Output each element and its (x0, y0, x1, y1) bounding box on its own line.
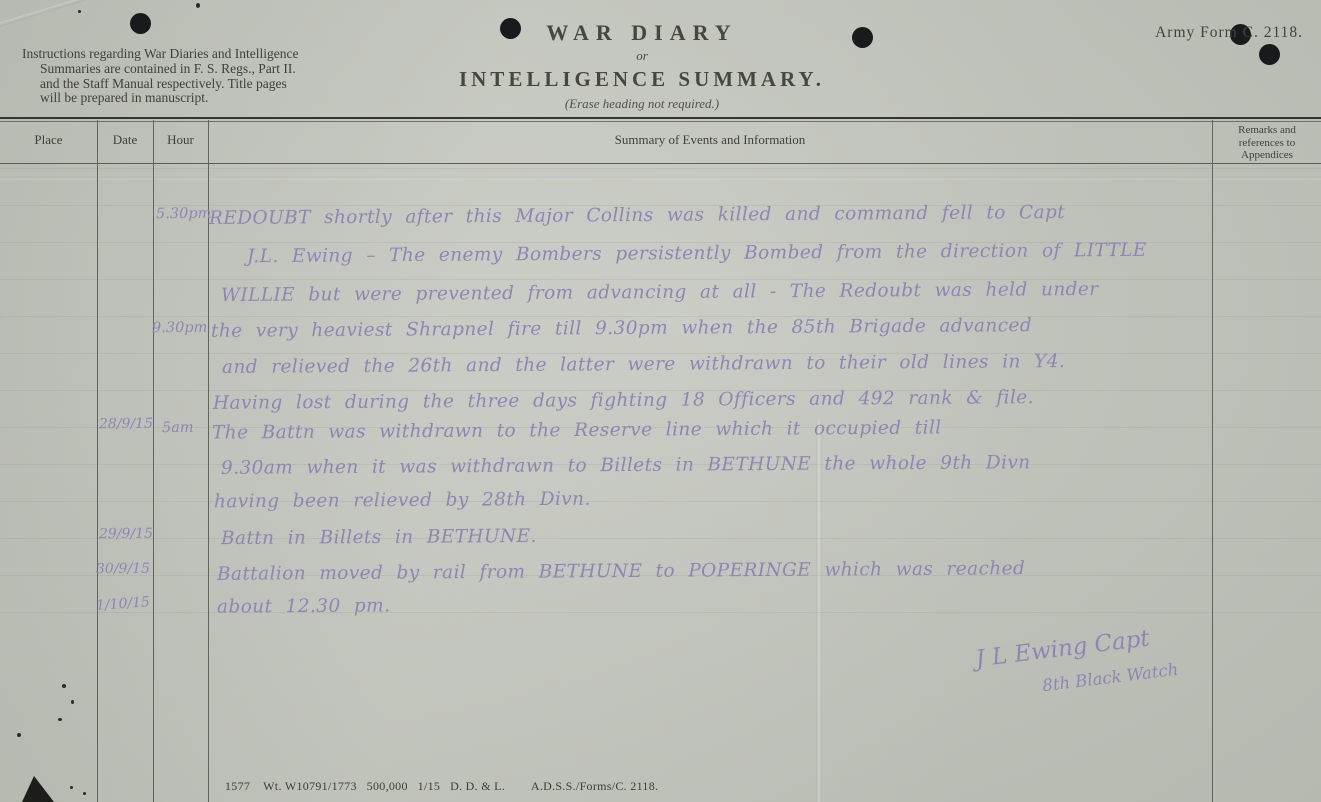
column-divider-summary-remarks (1212, 120, 1213, 802)
instructions-line: Instructions regarding War Diaries and I… (22, 47, 452, 62)
form-title: WAR DIARY (432, 20, 852, 46)
diary-entry-line: 9.30am when it was withdrawn to Billets … (221, 452, 1031, 479)
diary-entry-line: and relieved the 26th and the latter wer… (222, 351, 1065, 378)
punch-hole (130, 13, 151, 34)
diary-entry-line: the very heaviest Shrapnel fire till 9.3… (211, 315, 1032, 342)
signature-unit: 8th Black Watch (1041, 660, 1179, 696)
ink-speck (62, 684, 66, 688)
diary-entry-line: having been relieved by 28th Divn. (214, 489, 591, 513)
army-form-number: Army Form C. 2118. (1155, 24, 1303, 42)
diary-entry-line: Battalion moved by rail from BETHUNE to … (217, 558, 1025, 585)
form-title-block: WAR DIARY or INTELLIGENCE SUMMARY. (Eras… (432, 20, 852, 112)
diary-entry-line: REDOUBT shortly after this Major Collins… (209, 202, 1065, 229)
table-header-rule (0, 163, 1321, 164)
table-top-rule (0, 117, 1321, 119)
date-entry: 28/9/15 (99, 416, 153, 432)
ink-speck (196, 3, 200, 8)
ink-speck (83, 792, 86, 795)
form-title-note: (Erase heading not required.) (432, 96, 852, 112)
diary-entry-line: Having lost during the three days fighti… (213, 387, 1034, 414)
hour-entry: 5.30pm (156, 206, 211, 222)
form-title-conjunction: or (432, 48, 852, 64)
punch-hole (852, 27, 873, 48)
paper-crease-horizontal (0, 176, 1321, 180)
instructions-line: will be prepared in manuscript. (22, 91, 452, 106)
column-header-remarks-line: Remarks and (1213, 124, 1321, 137)
hour-entry: 5am (162, 420, 194, 436)
form-subtitle: INTELLIGENCE SUMMARY. (432, 67, 852, 92)
instructions-note: Instructions regarding War Diaries and I… (22, 47, 452, 106)
punch-hole (1259, 44, 1280, 65)
column-header-date: Date (97, 132, 153, 148)
war-diary-scan-page: Instructions regarding War Diaries and I… (0, 0, 1321, 802)
column-header-remarks-line: references to (1213, 137, 1321, 150)
hour-entry: 9.30pm (152, 320, 207, 336)
column-divider-date-hour (153, 120, 154, 802)
paper-crease-vertical (816, 420, 822, 802)
column-header-remarks-line: Appendices (1213, 149, 1321, 162)
ink-speck (70, 786, 73, 789)
ink-speck (78, 10, 81, 13)
ink-speck (17, 733, 21, 737)
ink-speck (71, 700, 74, 704)
column-header-remarks: Remarks and references to Appendices (1213, 124, 1321, 162)
date-entry: 30/9/15 (96, 561, 150, 577)
column-header-hour: Hour (153, 132, 208, 148)
diary-entry-line: J.L. Ewing – The enemy Bombers persisten… (247, 240, 1147, 267)
table-top-rule-thin (0, 121, 1321, 122)
diary-entry-line: WILLIE but were prevented from advancing… (221, 279, 1099, 306)
instructions-line: Summaries are contained in F. S. Regs., … (22, 62, 452, 77)
date-entry: 1/10/15 (96, 594, 151, 614)
printers-imprint: 1577 Wt. W10791/1773 500,000 1/15 D. D. … (225, 779, 658, 794)
column-divider-place-date (97, 120, 98, 802)
ink-speck (58, 718, 62, 721)
column-header-place: Place (0, 132, 97, 148)
corner-tear-mark (22, 776, 54, 802)
column-header-summary: Summary of Events and Information (208, 132, 1212, 148)
date-entry: 29/9/15 (99, 526, 153, 542)
diary-entry-line: The Battn was withdrawn to the Reserve l… (212, 417, 942, 443)
diary-entry-line: about 12.30 pm. (217, 595, 391, 617)
paper-crease-diagonal (0, 0, 241, 32)
instructions-line: and the Staff Manual respectively. Title… (22, 77, 452, 92)
diary-entry-line: Battn in Billets in BETHUNE. (221, 526, 537, 549)
